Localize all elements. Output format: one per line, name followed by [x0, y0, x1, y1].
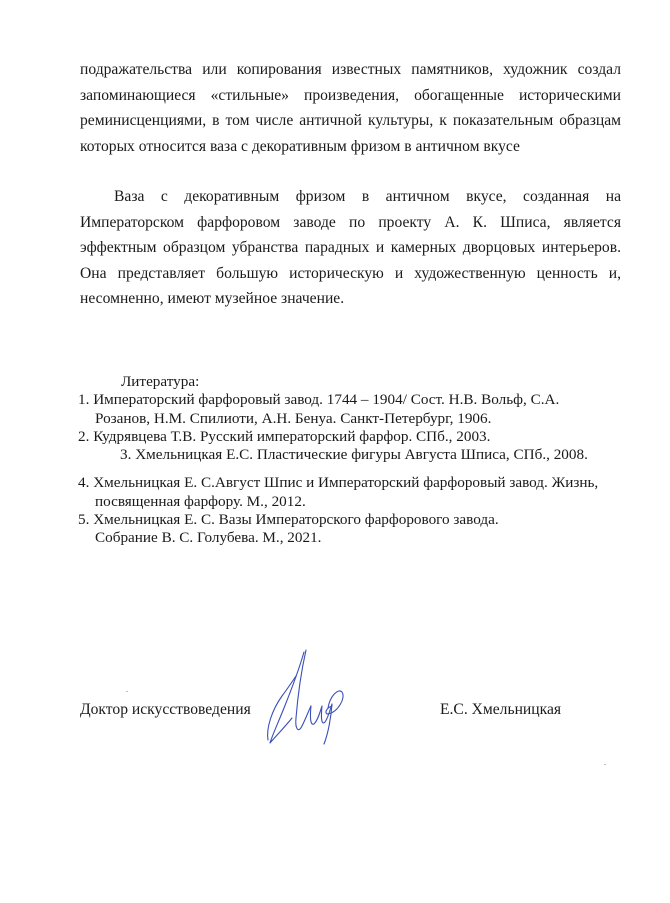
paragraph-1: подражательства или копирования известны… [80, 57, 621, 159]
reference-item-5: 5. Хмельницкая Е. С. Вазы Императорского… [78, 511, 598, 529]
signer-title: Доктор искусствоведения [80, 701, 251, 719]
reference-item-2: 2. Кудрявцева Т.В. Русский императорский… [78, 428, 598, 446]
spacer [78, 464, 598, 474]
paragraph-line: Императорском фарфоровом заводе по проек… [80, 210, 621, 236]
reference-item-5-cont: Собрание В. С. Голубева. М., 2021. [78, 529, 598, 547]
reference-item-1: 1. Императорский фарфоровый завод. 1744 … [78, 391, 598, 409]
paragraph-line: несомненно, имеют музейное значение. [80, 286, 621, 312]
paragraph-line: запоминающиеся «стильные» произведения, … [80, 83, 621, 109]
paragraph-2: Ваза с декоративным фризом в античном вк… [80, 184, 621, 312]
document-page: подражательства или копирования известны… [0, 0, 670, 903]
paragraph-line: реминисценциями, в том числе античной ку… [80, 108, 621, 134]
scan-speck [126, 691, 128, 692]
paragraph-line: Она представляет большую историческую и … [80, 261, 621, 287]
references-list: Литература: 1. Императорский фарфоровый … [78, 373, 598, 548]
paragraph-line: Ваза с декоративным фризом в античном вк… [80, 184, 621, 210]
handwritten-signature-icon [262, 648, 352, 748]
reference-item-3: 3. Хмельницкая Е.С. Пластические фигуры … [78, 446, 598, 464]
references-title: Литература: [78, 373, 598, 391]
reference-item-1-cont: Розанов, Н.М. Спилиоти, А.Н. Бенуа. Санк… [78, 410, 598, 428]
paragraph-line: эффектным образцом убранства парадных и … [80, 235, 621, 261]
paragraph-line: подражательства или копирования известны… [80, 57, 621, 83]
reference-item-4: 4. Хмельницкая Е. С.Август Шпис и Импера… [78, 474, 598, 492]
scan-speck [604, 764, 606, 765]
signer-name: Е.С. Хмельницкая [440, 701, 561, 719]
reference-item-4-cont: посвященная фарфору. М., 2012. [78, 493, 598, 511]
paragraph-line: которых относится ваза с декоративным фр… [80, 134, 621, 160]
